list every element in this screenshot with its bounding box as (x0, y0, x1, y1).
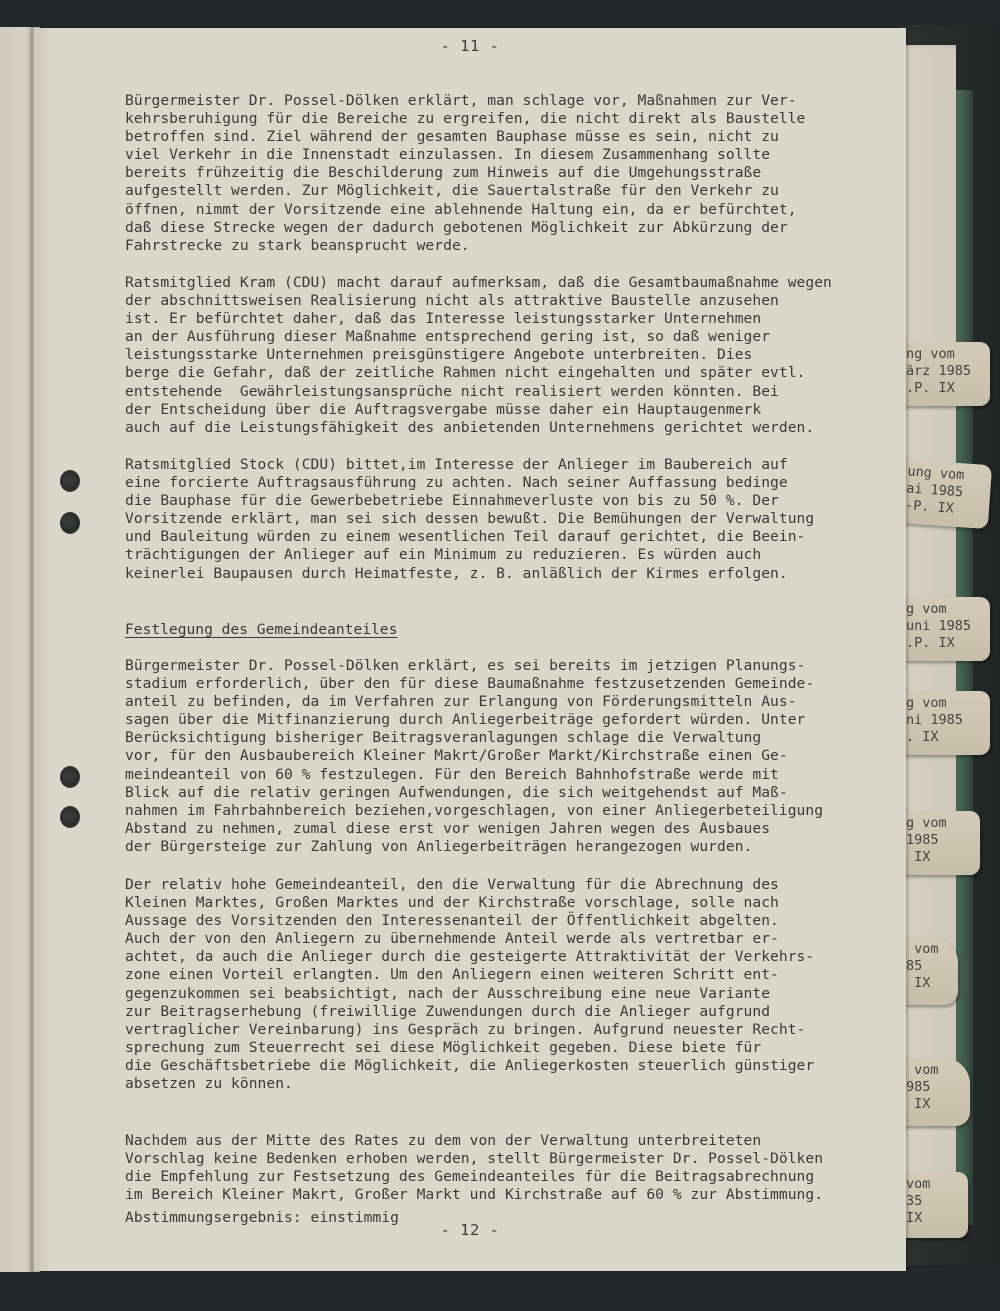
paragraph-stock: Ratsmitglied Stock (CDU) bittet,im Inter… (125, 456, 865, 583)
index-tab-label: g vom ni 1985 . IX (906, 695, 963, 746)
index-tab[interactable]: g vom uni 1985 .P. IX (898, 597, 990, 661)
index-tab[interactable]: ung vom ai 1985 -P. IX (896, 459, 992, 529)
index-tab[interactable]: g vom 1985 IX (898, 811, 980, 875)
index-tab-label: ng vom ärz 1985 .P. IX (906, 346, 971, 397)
paragraph-traffic-calming: Bürgermeister Dr. Possel-Dölken erklärt,… (125, 92, 865, 255)
index-tab-label: g vom uni 1985 .P. IX (906, 601, 971, 652)
index-tab[interactable]: vom 985 IX (898, 1058, 970, 1126)
index-tab-label: vom 85 IX (906, 941, 939, 992)
punch-hole (60, 806, 80, 828)
index-tab[interactable]: vom 85 IX (898, 937, 958, 1005)
index-tab[interactable]: g vom ni 1985 . IX (898, 691, 990, 755)
index-tab[interactable]: ng vom ärz 1985 .P. IX (898, 342, 990, 406)
index-tab[interactable]: vom 35 IX (898, 1172, 968, 1238)
paragraph-kram: Ratsmitglied Kram (CDU) macht darauf auf… (125, 274, 865, 437)
punch-hole (60, 512, 80, 534)
punch-hole (60, 766, 80, 788)
index-tab-label: g vom 1985 IX (906, 815, 947, 866)
document-page: - 11 - Bürgermeister Dr. Possel-Dölken e… (34, 28, 906, 1271)
page-number-top: - 11 - (34, 37, 906, 55)
punch-hole (60, 470, 80, 492)
paragraph-gemeindeanteil: Bürgermeister Dr. Possel-Dölken erklärt,… (125, 657, 865, 856)
index-tab-label: ung vom ai 1985 -P. IX (904, 463, 964, 518)
index-tab-label: vom 35 IX (906, 1176, 930, 1227)
section-heading: Festlegung des Gemeindeanteiles (125, 621, 397, 638)
page-number-bottom: - 12 - (34, 1221, 906, 1239)
paragraph-abstimmung: Nachdem aus der Mitte des Rates zu dem v… (125, 1132, 865, 1204)
paragraph-relativ-hohe: Der relativ hohe Gemeindeanteil, den die… (125, 876, 865, 1093)
index-tab-label: vom 985 IX (906, 1062, 939, 1113)
